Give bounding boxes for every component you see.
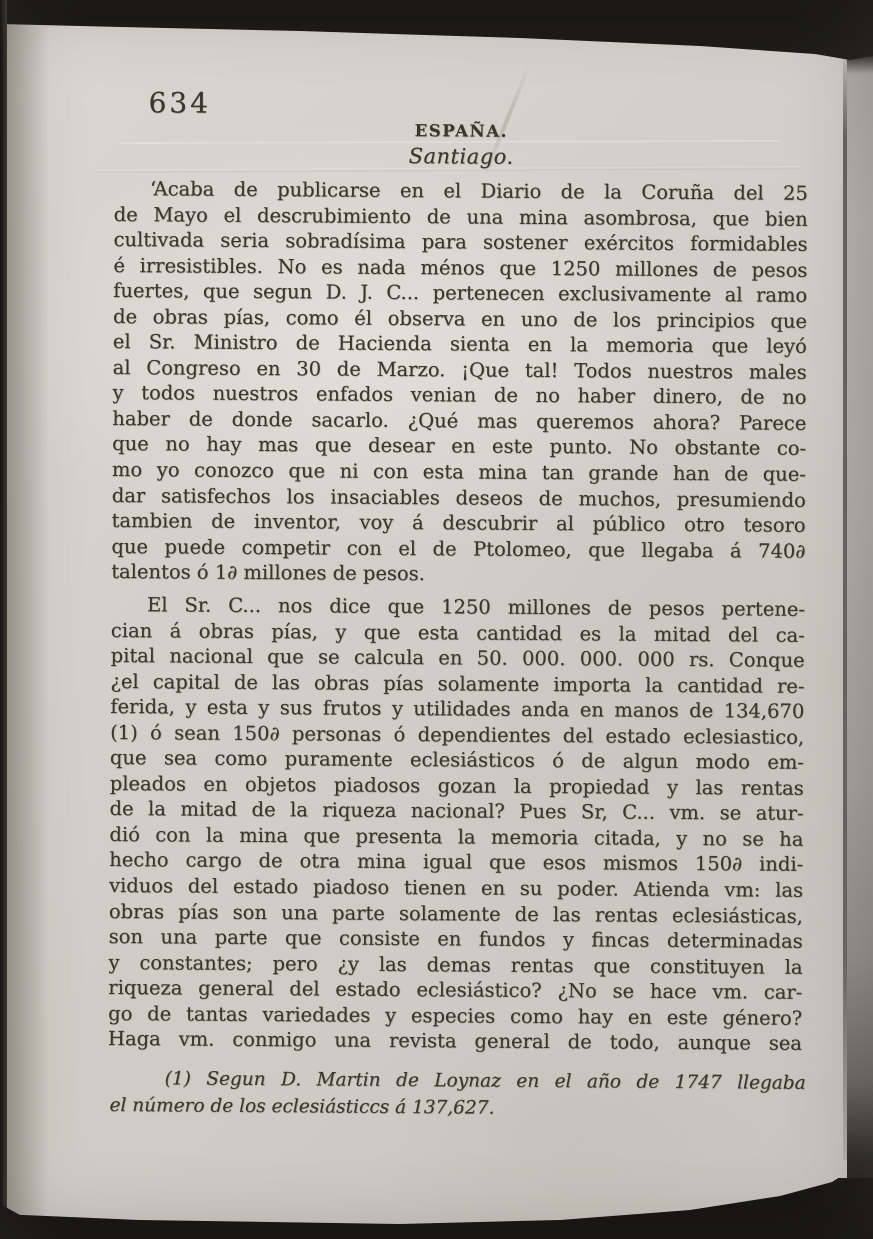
- section-header: ESPAÑA.: [114, 119, 808, 143]
- text-line: talentos ó 1∂ millones de pesos.: [111, 559, 805, 589]
- page-content: 634 ESPAÑA. Santiago. ‘Acaba de publicar…: [0, 0, 873, 1239]
- text-line: (1) Segun D. Martin de Loynaz en el año …: [110, 1066, 806, 1097]
- section-subheader: Santiago.: [114, 142, 808, 171]
- scan-border-left: [0, 0, 7, 1239]
- text-line: Haga vm. conmigo una revista general de …: [108, 1026, 802, 1056]
- page-edge-strip: [847, 0, 873, 1239]
- body-paragraph-2: El Sr. C... nos dice que 1250 millones d…: [108, 592, 805, 1057]
- page-number: 634: [148, 86, 211, 119]
- paper-left-shadow: [7, 0, 49, 1239]
- body-paragraph-1: ‘Acaba de publicarse en el Diario de la …: [111, 176, 808, 590]
- text-line: el número de los eclesiásticcs á 137,627…: [109, 1092, 805, 1123]
- footnote: (1) Segun D. Martin de Loynaz en el año …: [109, 1066, 805, 1124]
- page-fold-line: [843, 50, 847, 1160]
- scanned-book-page: 634 ESPAÑA. Santiago. ‘Acaba de publicar…: [0, 0, 873, 1239]
